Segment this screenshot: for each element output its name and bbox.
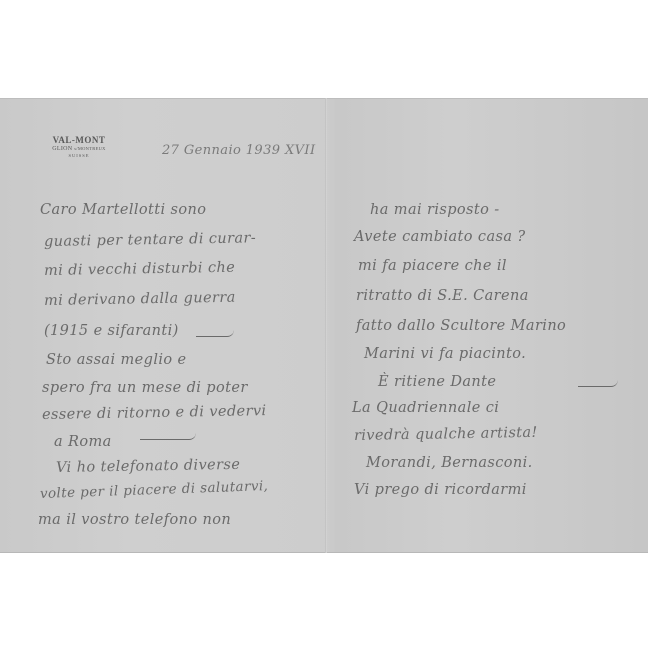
handwritten-line: ritratto di S.E. Carena xyxy=(356,288,529,304)
handwritten-line: volte per il piacere di salutarvi, xyxy=(40,478,269,502)
handwritten-line: ha mai risposto - xyxy=(370,202,500,218)
center-fold xyxy=(325,98,327,553)
handwritten-line: mi fa piacere che il xyxy=(358,258,507,274)
letter-date: 27 Gennaio 1939 XVII xyxy=(162,143,316,158)
letterhead-town: GLION xyxy=(52,146,72,152)
handwritten-line: Avete cambiato casa ? xyxy=(354,229,526,245)
handwritten-line: La Quadriennale ci xyxy=(352,400,499,416)
handwritten-line: a Roma xyxy=(54,434,112,450)
handwritten-line: Vi ho telefonato diverse xyxy=(56,457,241,476)
letterhead-place: GLION s/MONTREUX xyxy=(34,146,124,152)
handwritten-line: guasti per tentare di curar- xyxy=(44,230,256,250)
handwritten-line: Marini vi fa piacinto. xyxy=(364,346,526,362)
handwritten-line: Vi prego di ricordarmi xyxy=(354,482,527,498)
letterhead: VAL-MONT GLION s/MONTREUX SUISSE xyxy=(34,135,124,158)
handwritten-line: (1915 e sifaranti) xyxy=(44,323,179,339)
letterhead-name: VAL-MONT xyxy=(34,135,124,145)
flourish xyxy=(196,330,234,337)
handwritten-line: ma il vostro telefono non xyxy=(38,512,231,528)
handwritten-line: mi di vecchi disturbi che xyxy=(44,260,235,279)
letterhead-town-suffix: s/MONTREUX xyxy=(74,146,106,151)
letterhead-country: SUISSE xyxy=(34,153,124,158)
handwritten-line: Sto assai meglio e xyxy=(46,352,187,368)
handwritten-line: Caro Martellotti sono xyxy=(40,202,206,218)
handwritten-line: Morandi, Bernasconi. xyxy=(366,455,533,471)
flourish xyxy=(140,433,196,440)
handwritten-line: È ritiene Dante xyxy=(378,374,496,390)
handwritten-line: spero fra un mese di poter xyxy=(42,380,248,396)
handwritten-line: essere di ritorno e di vedervi xyxy=(42,403,267,423)
handwritten-line: mi derivano dalla guerra xyxy=(44,290,236,309)
handwritten-line: fatto dallo Scultore Marino xyxy=(356,318,566,334)
flourish xyxy=(578,380,618,387)
handwritten-line: rivedrà qualche artista! xyxy=(354,425,538,444)
letter-sheet: VAL-MONT GLION s/MONTREUX SUISSE 27 Genn… xyxy=(0,98,648,553)
